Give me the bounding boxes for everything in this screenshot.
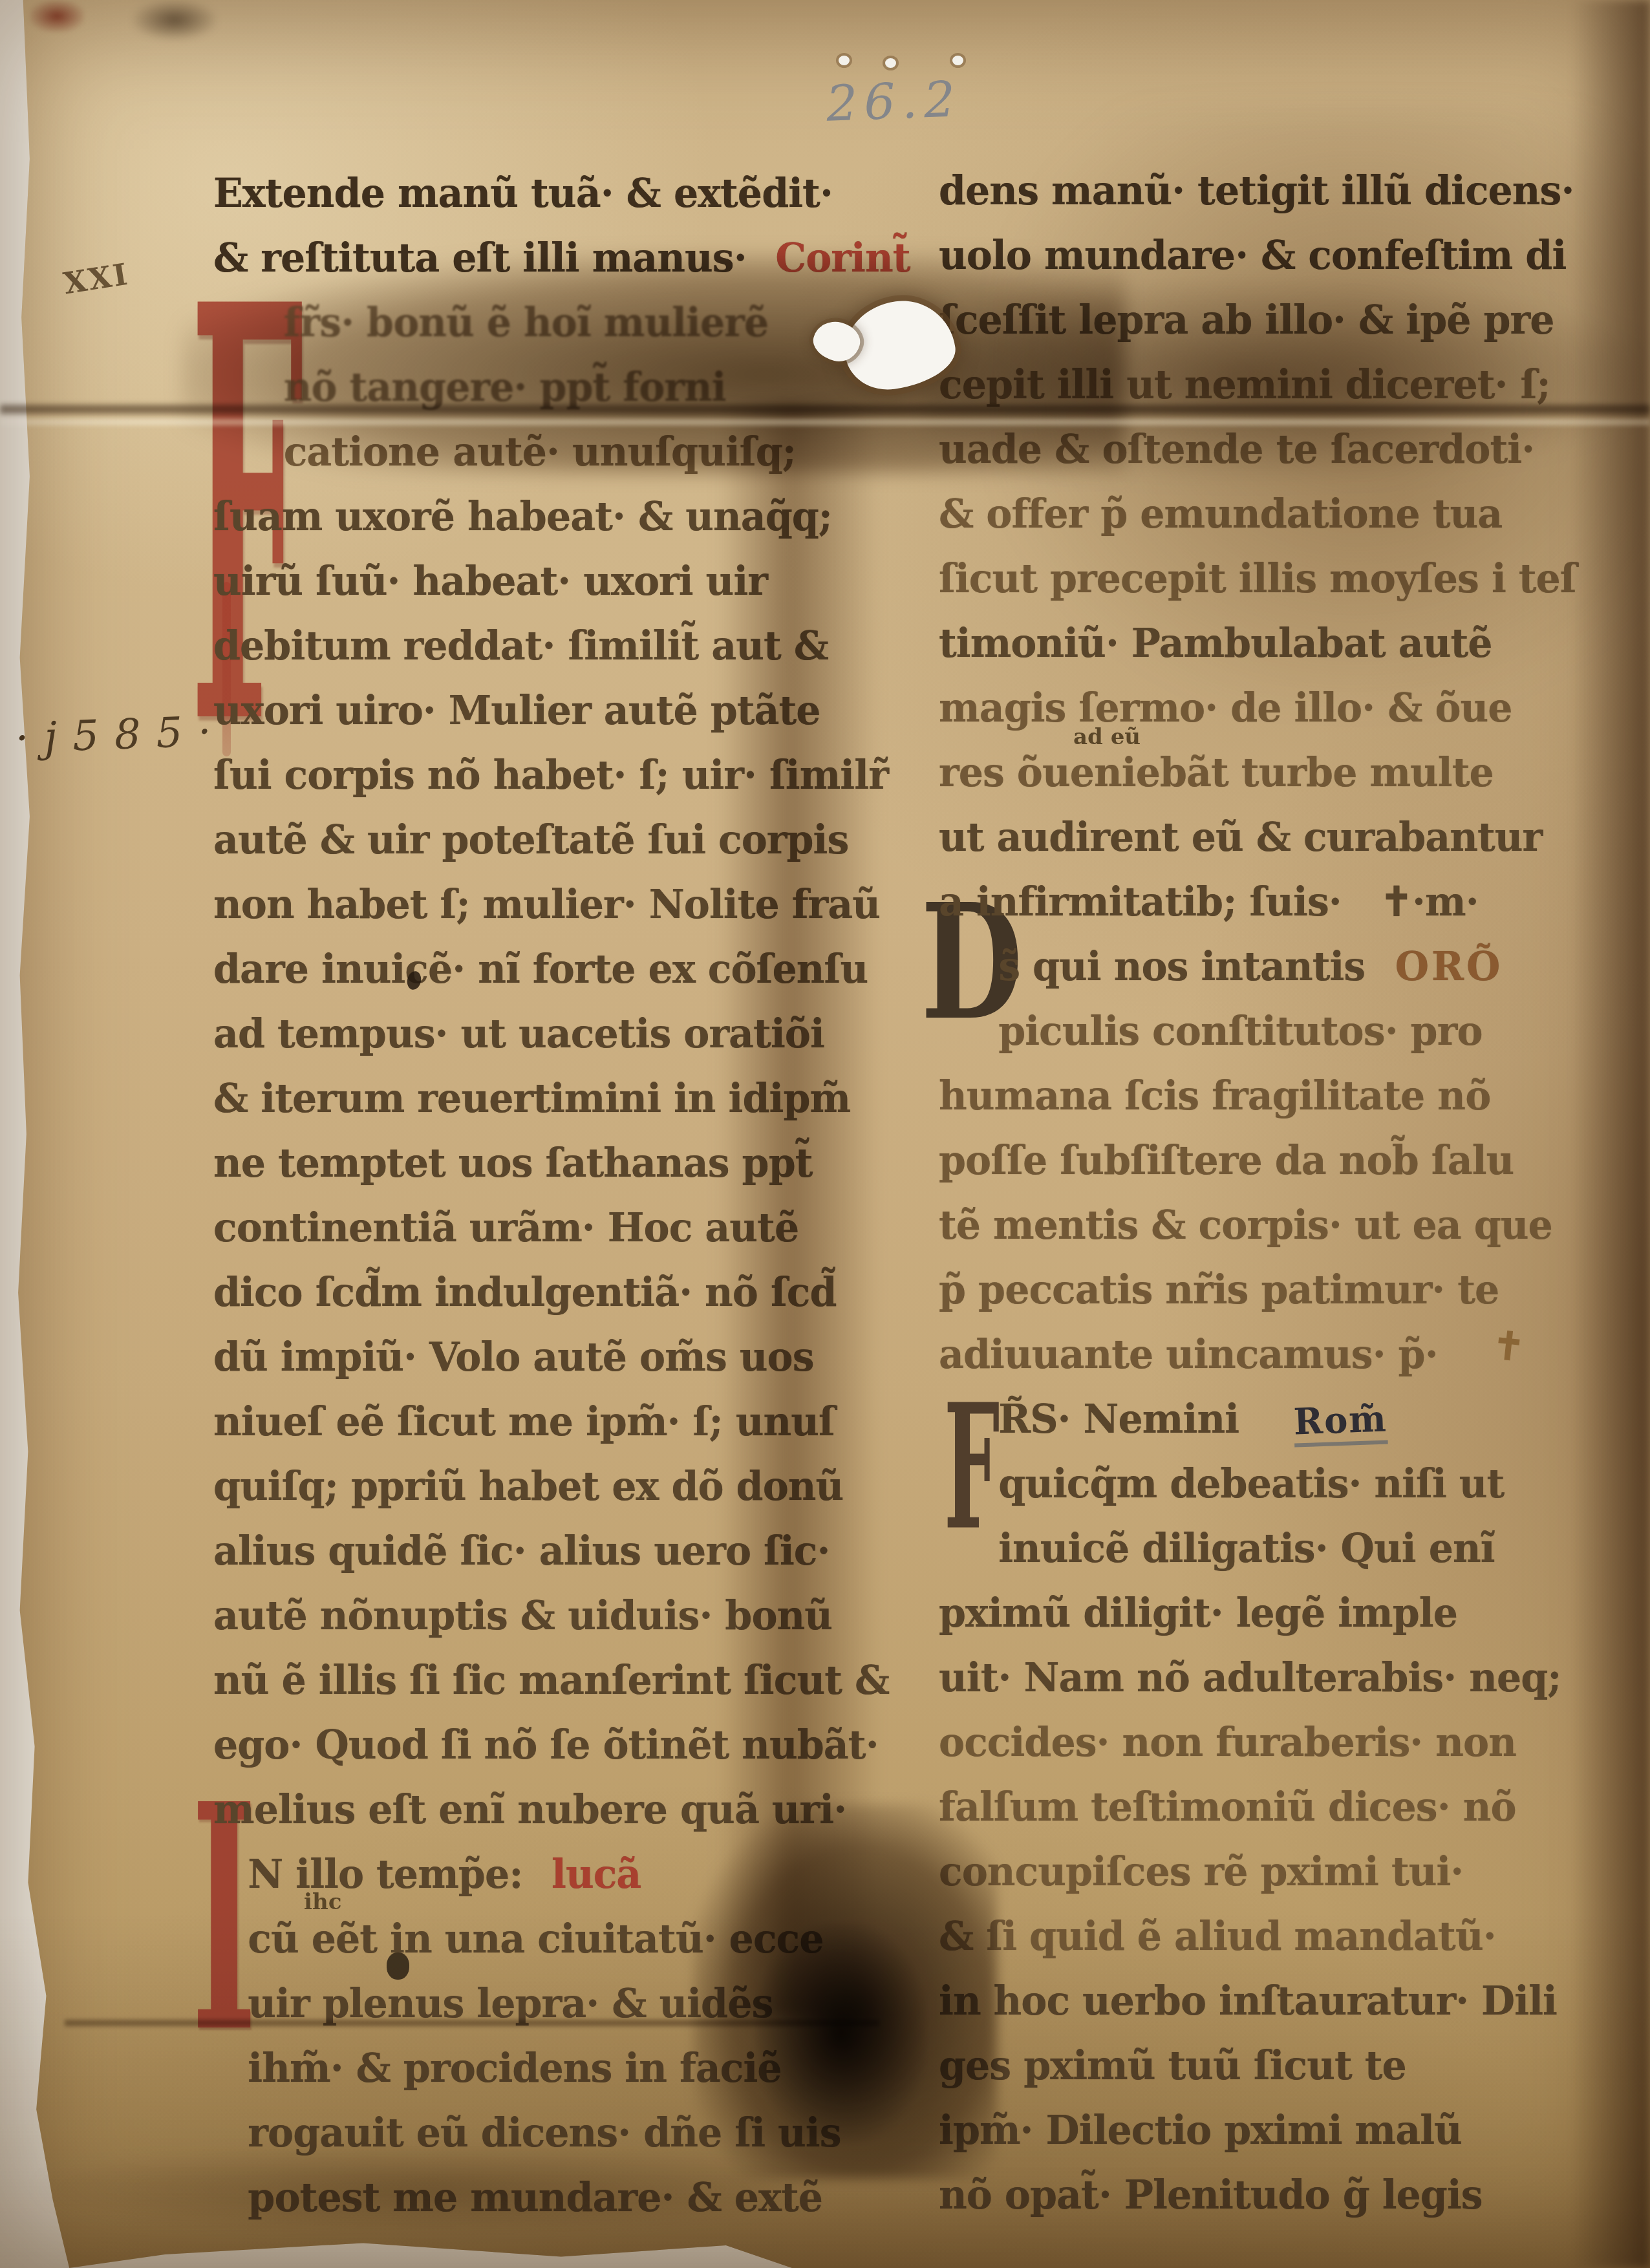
text-line: quicq̃m debeatis· niſi ut [939,1460,1625,1524]
text-line: dico ſcd̃m indulgentiã· nõ ſcd̃ [213,1268,897,1333]
text-line: quiſq; ppriũ habet ex dõ donũ [213,1462,897,1527]
text-line: & reſtituta eſt illi manus·Corint̃ [213,234,897,299]
text-line: uir plenus lepra· & uidẽs [213,1980,897,2044]
text-line: ſui corpis nõ habet· ſ; uir· ſimilr̃ [213,751,897,816]
text-line: ipm̃· Dilectio pximi malũ [939,2106,1625,2171]
text-line: falſum teſtimoniũ dices· nõ [939,1783,1625,1848]
text-line: alius quidẽ ſic· alius uero ſic· [213,1527,897,1592]
text-line: ſuam uxorẽ habeat· & unaq̃q; [213,493,897,557]
text-line: ges pximũ tuũ ſicut te [939,2042,1625,2106]
text-line: catione autẽ· unuſquiſq; [213,428,897,493]
text-line-body: s̃ qui nos intantis [998,943,1365,990]
text-line: humana ſcis fragilitate nõ [939,1072,1625,1137]
response-mark: R̃S· Nemini [998,1395,1239,1442]
left-column: Extende manũ tuã· & extẽdit· & reſtitut… [213,169,918,2238]
text-line: ne temptet uos ſathanas ppt̃ [213,1139,897,1204]
text-line: ſceſſit lepra ab illo· & ipẽ pre [939,296,1625,361]
text-line: R̃S· NeminiRom̃ [939,1395,1625,1460]
text-line: poſſe ſubſiſtere da nob̃ ſalu [939,1137,1625,1201]
manuscript-scan: 26.2 XXI ·j585· ✝ F I D F Extende manũ t… [0,0,1650,2268]
text-line: & offer p̃ emundatione tua [939,490,1625,555]
text-line: uolo mundare· & confeſtim di [939,231,1625,296]
text-line: potest me mundare· & extẽ [213,2174,897,2238]
text-line: concupiſces rẽ pximi tui· [939,1848,1625,1912]
text-line: a infirmitatib; ſuis· ✝·m· [939,878,1625,943]
text-line: dũ impiũ· Volo autẽ om̃s uos [213,1333,897,1398]
text-line: Extende manũ tuã· & extẽdit· [213,169,897,234]
pencil-folio-number: 26.2 [826,70,963,132]
right-column: dens manũ· tetigit illũ dicens· uolo m… [939,167,1647,2236]
text-line: niueſ eẽ ſicut me ipm̃· ſ; unuſ [213,1398,897,1462]
text-line: inuicẽ diligatis· Qui enĩ [939,1524,1625,1589]
text-line: res õueniebãt turbe multe [939,749,1625,813]
text-line: non habet ſ; mulier· Nolite fraũ [213,881,897,945]
margin-cross-mark: ✝ [1490,1323,1527,1371]
text-line: uit· Nam nõ adulterabis· neq; [939,1654,1625,1718]
text-line: dens manũ· tetigit illũ dicens· [939,167,1625,231]
text-line-body: N illo temp̃e: [248,1850,522,1898]
text-line-body: & reſtituta eſt illi manus· [213,234,747,281]
text-line: nõ opat̃· Plenitudo g̃ legis [939,2171,1625,2236]
text-line: p̃ peccatis nr̃is patimur· te [939,1266,1625,1331]
text-line: & ſi quid ẽ aliud mandatũ· [939,1912,1625,1977]
romans-reference: Rom̃ [1293,1397,1388,1447]
text-line: nũ ẽ illis ſi ſic manſerint ſicut & [213,1656,897,1721]
text-line: cepit illi ut nemini diceret· ſ; [939,361,1625,425]
text-line: autẽ nõnuptis & uiduis· bonũ [213,1592,897,1656]
text-line: timoniũ· Pambulabat autẽ [939,619,1625,684]
oratio-caps-mark: ORÕ [1395,943,1503,990]
superscript-ad-eum: ad eũ [1073,724,1141,750]
text-line: ſicut precepit illis moyſes i teſ [939,555,1625,619]
text-line: ad tempus· ut uacetis oratiõi [213,1010,897,1075]
text-line: cũ eẽt in una ciuitatũ· ecce [213,1915,897,1980]
text-line: autẽ & uir poteſtatẽ ſui corpis [213,816,897,881]
superscript-ihc: ihc [304,1889,341,1915]
text-line: ihm̃· & procidens in faciẽ [213,2044,897,2109]
text-line: occides· non furaberis· non [939,1718,1625,1783]
text-line: uxori uiro· Mulier autẽ ptãte [213,687,897,751]
text-line: in hoc uerbo inſtauratur· Dili [939,1977,1625,2042]
rubric-luke: lucã [552,1850,641,1898]
text-line: ut audirent eũ & curabantur [939,813,1625,878]
text-line: uirũ ſuũ· habeat· uxori uir [213,557,897,622]
red-mark-top-corner [30,0,84,32]
text-line: s̃ qui nos intantisORÕ [939,943,1625,1007]
fold-crease-highlight [0,419,1650,425]
text-line: continentiã urãm· Hoc autẽ [213,1204,897,1268]
text-line: magis ſermo· de illo· & õue [939,684,1625,749]
worm-hole [952,56,963,65]
margin-year-note: ·j585· [15,707,228,762]
worm-hole [885,58,896,68]
text-line: uade & oſtende te ſacerdoti· [939,425,1625,490]
text-line: rogauit eũ dicens· dñe ſi uis [213,2109,897,2174]
text-line: melius eſt enĩ nubere quã uri· [213,1786,897,1850]
text-line: pximũ diligit· legẽ imple [939,1589,1625,1654]
ink-blot [387,1952,409,1980]
rubric-corinthians: Corint̃ [775,234,910,281]
text-line: tẽ mentis & corpis· ut ea que [939,1201,1625,1266]
text-line: nõ tangere· ppt̃ forni [213,363,897,428]
text-line: & iterum reuertimini in idipm̃ [213,1075,897,1139]
text-line: ego· Quod ſi nõ ſe õtinẽt nubãt· [213,1721,897,1786]
text-line: debitum reddat· ſimilit̃ aut & [213,622,897,687]
text-line: dare inuicẽ· nĩ forte ex cõſenſu [213,945,897,1010]
text-line: fr̃s· bonũ ẽ hoĩ mulierẽ [213,299,897,363]
worm-hole [839,56,850,65]
text-line: piculis conſtitutos· pro [939,1007,1625,1072]
